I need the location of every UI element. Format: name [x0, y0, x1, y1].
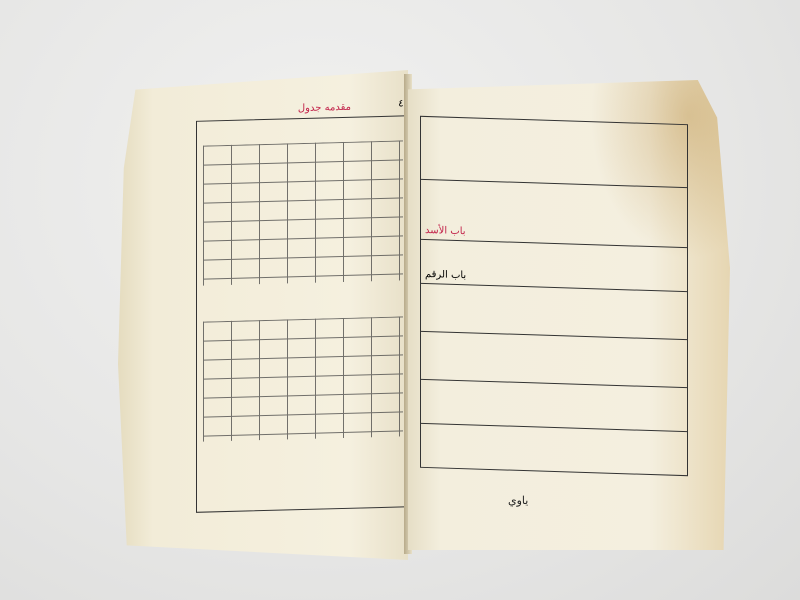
section-label: باب الرقم	[425, 269, 466, 281]
open-manuscript: مقدمه جدول ٤١ باب الأسد باب الرقم ياوي	[118, 60, 730, 550]
left-header-title: مقدمه جدول	[298, 102, 351, 114]
rule-line	[421, 179, 687, 188]
section-label: باب الأسد	[425, 225, 466, 237]
rule-line	[421, 331, 687, 340]
left-page: مقدمه جدول ٤١	[118, 70, 408, 560]
rule-line	[421, 423, 687, 432]
left-page-frame: مقدمه جدول ٤١	[196, 115, 412, 513]
upper-table	[203, 140, 403, 285]
right-page: باب الأسد باب الرقم ياوي	[408, 80, 730, 550]
right-page-frame: باب الأسد باب الرقم	[420, 116, 688, 476]
rule-line	[421, 379, 687, 388]
lower-table	[203, 316, 403, 441]
footer-word: ياوي	[508, 494, 528, 507]
rule-line	[421, 283, 687, 292]
rule-line	[421, 239, 687, 248]
